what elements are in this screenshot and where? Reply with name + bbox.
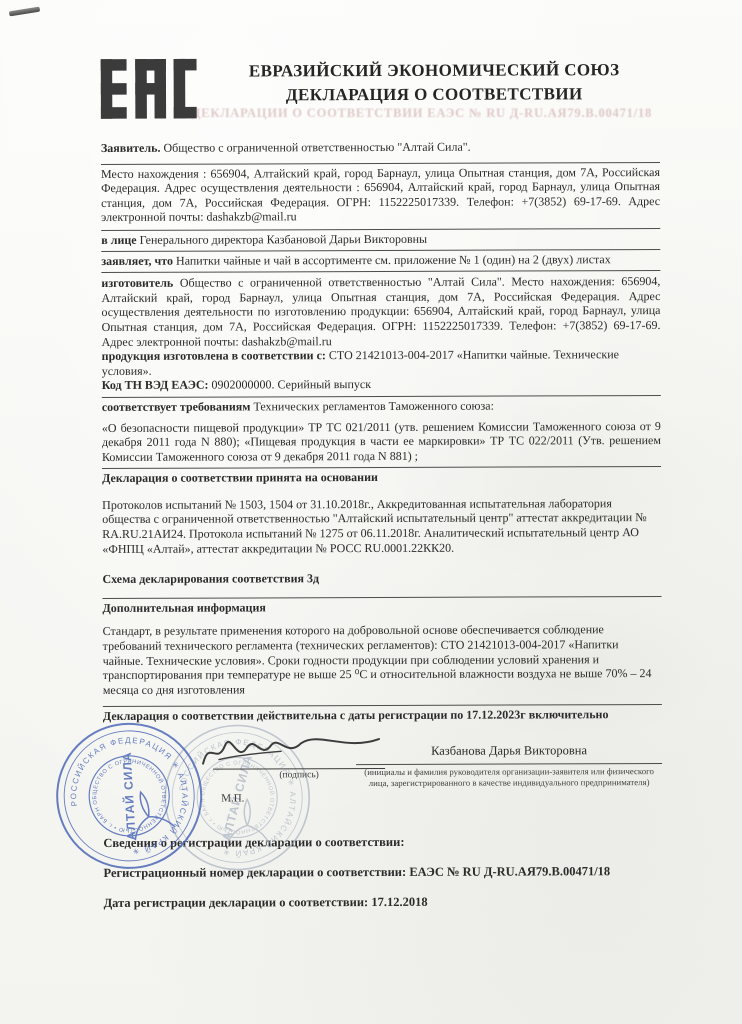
manufacturer-label: изготовитель: [101, 276, 173, 290]
registration-date-line: Дата регистрации декларации о соответств…: [104, 894, 663, 911]
stamp-place-label: М.П.: [221, 792, 244, 804]
signatory-caption-line1: (инициалы и фамилия руководителя организ…: [349, 766, 669, 778]
document-title: ЕВРАЗИЙСКИЙ ЭКОНОМИЧЕСКИЙ СОЮЗ ДЕКЛАРАЦИ…: [209, 54, 660, 108]
eac-logo-icon: [101, 58, 197, 120]
represented-by-text: Генерального директора Казбановой Дарьи …: [137, 232, 428, 247]
manufacturer-block: изготовитель Общество с ограниченной отв…: [101, 274, 660, 349]
registration-heading: Сведения о регистрации декларации о соот…: [103, 834, 662, 851]
registration-date-label: Дата регистрации декларации о соответств…: [104, 895, 369, 910]
declares-line: заявляет, что Напитки чайные и чай в асс…: [101, 252, 660, 269]
applicant-text: Общество с ограниченной ответственностью…: [160, 140, 470, 155]
eac-logo: [101, 56, 209, 125]
registration-number-value: ЕАЭС № RU Д-RU.АЯ79.В.00471/18: [406, 864, 610, 879]
applicant-label: Заявитель.: [101, 141, 161, 155]
manufacturer-text: Общество с ограниченной ответственностью…: [101, 274, 660, 348]
signatory-caption-line2: лица, зарегистрированного в качестве инд…: [349, 777, 669, 789]
stamp-blue: РОССИЙСКАЯ ФЕДЕРАЦИЯ ✳ АЛТАЙСКИЙ КРАЙ ✳ …: [38, 707, 220, 886]
regulations-block: «О безопасности пищевой продукции» ТР ТС…: [102, 419, 661, 465]
scheme-line: Схема декларирования соответствия 3д: [102, 570, 661, 587]
signatory-name-line: [356, 763, 662, 765]
additional-block: Стандарт, в результате применения которо…: [103, 622, 662, 697]
registration-number-label: Регистрационный номер декларации о соотв…: [103, 865, 406, 880]
title-line-1: ЕВРАЗИЙСКИЙ ЭКОНОМИЧЕСКИЙ СОЮЗ: [209, 58, 660, 84]
document-header: ЕВРАЗИЙСКИЙ ЭКОНОМИЧЕСКИЙ СОЮЗ ДЕКЛАРАЦИ…: [101, 54, 660, 125]
registration-date-value: 17.12.2018: [368, 895, 427, 909]
made-according-line: продукция изготовлена в соответствии с: …: [102, 347, 661, 378]
title-line-2: ДЕКЛАРАЦИЯ О СООТВЕТСТВИИ: [209, 82, 660, 108]
signatory-name: Казбанова Дарья Викторовна: [356, 743, 662, 759]
scanned-declaration-page: К ДЕКЛАРАЦИИ О СООТВЕТСТВИИ ЕАЭС № RU Д-…: [0, 0, 742, 1024]
compliance-line: соответствует требованиям Технических ре…: [102, 398, 661, 415]
basis-heading: Декларация о соответствии принята на осн…: [102, 469, 661, 486]
basis-block: Протоколов испытаний № 1503, 1504 от 31.…: [102, 496, 661, 556]
svg-text:ОБЩЕСТВО С ОГРАНИЧЕННОЙ ОТВЕТС: ОБЩЕСТВО С ОГРАНИЧЕННОЙ ОТВЕТСТВЕННОСТЬЮ…: [82, 748, 177, 842]
compliance-label: соответствует требованиям: [102, 399, 251, 414]
declares-text: Напитки чайные и чай в ассортименте см. …: [173, 252, 611, 268]
staple-mark: [9, 7, 40, 17]
tnved-code-text: 0902000000. Серийный выпуск: [208, 377, 371, 392]
represented-by-line: в лице Генерального директора Казбановой…: [101, 231, 660, 248]
stamp-ring-inner-text: ОБЩЕСТВО С ОГРАНИЧЕННОЙ ОТВЕТСТВЕННОСТЬЮ…: [82, 748, 177, 842]
applicant-line: Заявитель. Общество с ограниченной ответ…: [101, 139, 660, 156]
signatory-caption: (инициалы и фамилия руководителя организ…: [349, 766, 669, 788]
stamp-center-text: АЛТАЙ СИЛА: [119, 751, 139, 841]
validity-line: Декларация о соответствии действительна …: [103, 707, 662, 724]
signature-area: РОССИЙСКАЯ ФЕДЕРАЦИЯ ✳ АЛТАЙСКИЙ КРАЙ ✳ …: [103, 730, 662, 832]
made-according-label: продукция изготовлена в соответствии с:: [102, 348, 326, 363]
location-block: Место нахождения : 656904, Алтайский кра…: [101, 165, 660, 225]
compliance-text: Технических регламентов Таможенного союз…: [250, 399, 494, 414]
additional-heading: Дополнительная информация: [103, 599, 662, 616]
declares-label: заявляет, что: [101, 253, 173, 267]
tnved-code-line: Код ТН ВЭД ЕАЭС: 0902000000. Серийный вы…: [102, 376, 661, 393]
registration-number-line: Регистрационный номер декларации о соотв…: [103, 864, 662, 881]
tnved-code-label: Код ТН ВЭД ЕАЭС:: [102, 378, 209, 392]
document-body: ЕВРАЗИЙСКИЙ ЭКОНОМИЧЕСКИЙ СОЮЗ ДЕКЛАРАЦИ…: [100, 0, 662, 911]
section-rule: [101, 270, 660, 273]
represented-by-label: в лице: [101, 233, 136, 247]
